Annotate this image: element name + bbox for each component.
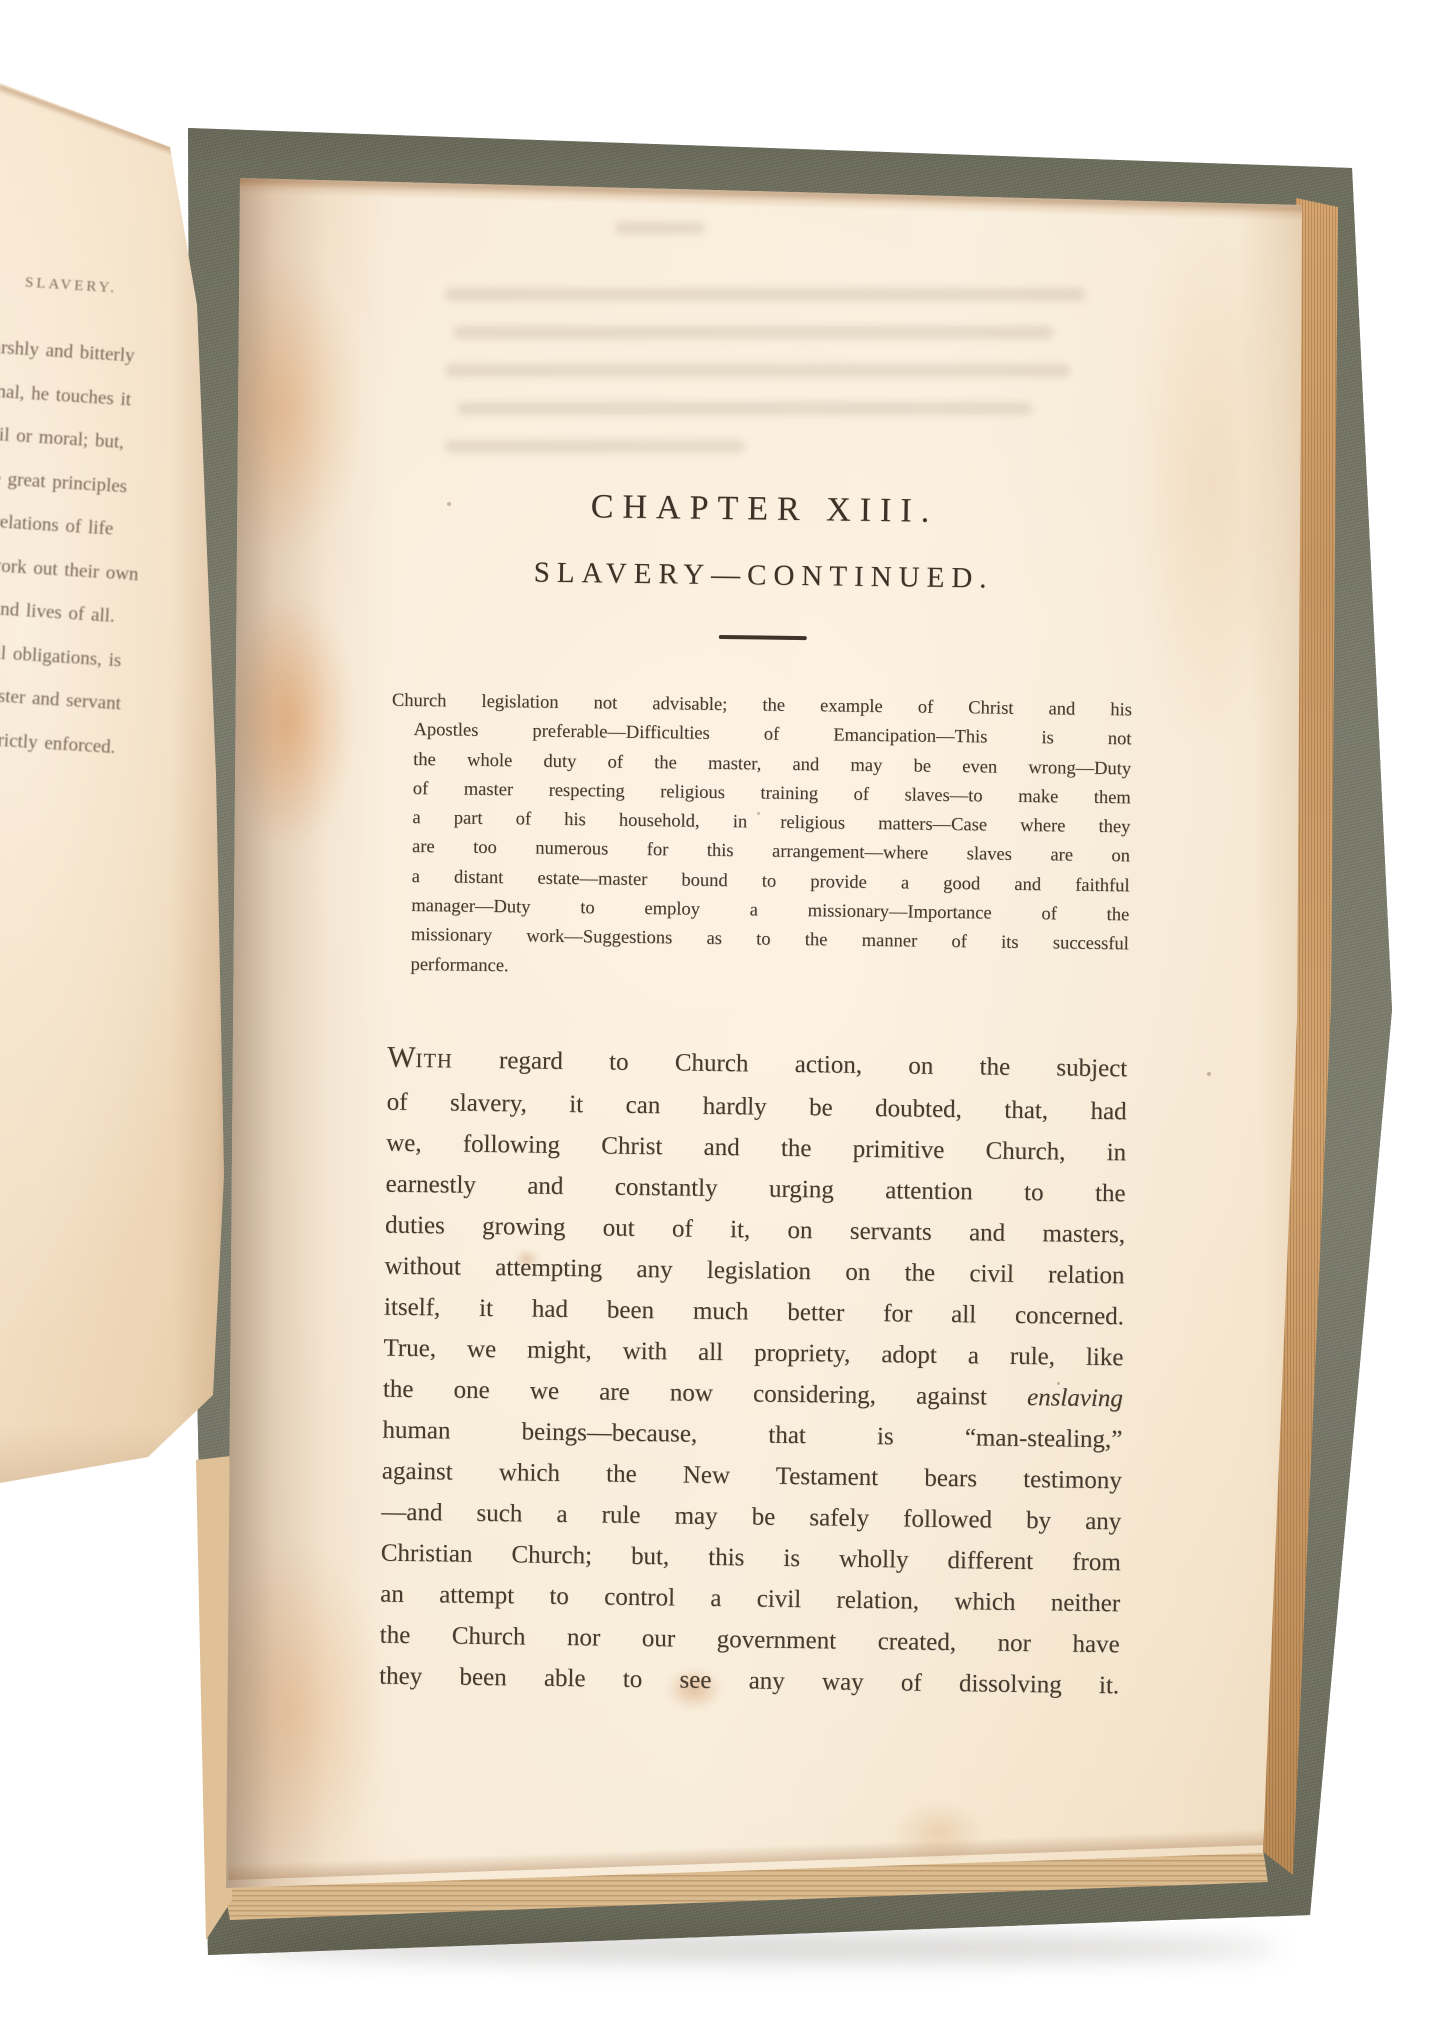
right-page: CHAPTER XIII. SLAVERY—CONTINUED. Church … — [195, 170, 1395, 1905]
left-page-top-edge — [0, 85, 188, 161]
body-text: the one we are now considering, against — [383, 1376, 1027, 1411]
left-page-text-line: tles lay down the great principles — [0, 460, 128, 498]
left-page-text-line: governing all the relations of life — [0, 502, 114, 540]
left-page-text-line: the duties of master and servant — [0, 678, 122, 716]
chapter-summary: Church legislation not advisable; the ex… — [388, 687, 1132, 990]
left-page-text-line: , and strictly enforced. — [0, 726, 116, 759]
left-page-text-line: character, civil or moral; but, — [0, 418, 125, 454]
left-page-text-line: ation as criminal, he touches it — [0, 374, 132, 411]
left-page-text-line: involves moral obligations, is — [0, 636, 122, 672]
photo-background: CHAPTER XIII. SLAVERY—CONTINUED. Church … — [0, 0, 1445, 2023]
running-head: SLAVERY. — [25, 275, 118, 298]
body-line: they been able to see any way of dissolv… — [379, 1656, 1119, 1707]
left-page-text-line: ave these to work out their own — [0, 549, 139, 587]
small-caps-lead: ITH — [415, 1050, 452, 1072]
lead-capital: W — [387, 1041, 416, 1074]
left-page-text-line: instead of harshly and bitterly — [0, 331, 135, 368]
body-text: regard to Church action, on the subject — [453, 1046, 1128, 1082]
italic-word: enslaving — [1027, 1384, 1123, 1412]
book-shadow — [240, 1935, 1280, 1961]
chapter-heading: CHAPTER XIII. — [394, 486, 1134, 534]
right-page-content: CHAPTER XIII. SLAVERY—CONTINUED. Church … — [176, 166, 1399, 1917]
body-paragraph: WITH regard to Church action, on the sub… — [379, 1037, 1128, 1707]
left-page-text-line: n the hearts and lives of all. — [0, 592, 115, 628]
section-divider — [719, 635, 807, 640]
chapter-subtitle: SLAVERY—CONTINUED. — [393, 555, 1133, 598]
